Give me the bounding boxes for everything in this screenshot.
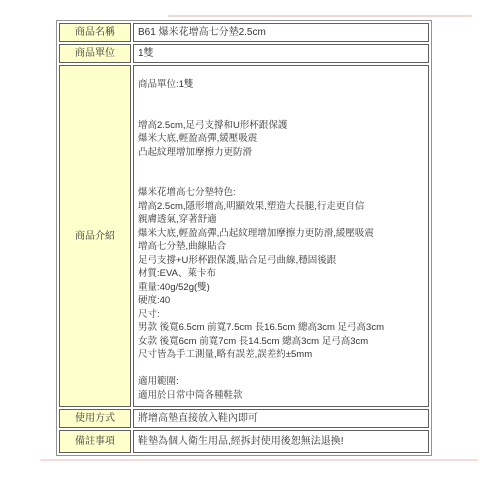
intro-text-line (138, 92, 424, 106)
intro-text-line: 足弓支撐+U形杯跟保護,貼合足弓曲線,穩固後跟 (138, 254, 424, 268)
intro-text-line (138, 173, 424, 187)
intro-text-line: 適用範圍: (138, 375, 424, 389)
intro-text-line: 爆米大底,輕盈高彈,緩壓吸震 (138, 132, 424, 146)
intro-text-line: 尺寸皆為手工測量,略有誤差,誤差約±5mm (138, 348, 424, 362)
row-label-product-intro: 商品介紹 (59, 65, 131, 407)
intro-text-line: 男款 後寬6.5cm 前寬7.5cm 長16.5cm 總高3cm 足弓高3cm (138, 321, 424, 335)
row-content-usage: 將增高墊直接放入鞋內即可 (133, 409, 429, 428)
intro-text-line: 增高七分墊,曲線貼合 (138, 240, 424, 254)
table-row-usage: 使用方式 將增高墊直接放入鞋內即可 (59, 409, 429, 428)
row-label-usage: 使用方式 (59, 409, 131, 428)
intro-text-line: 硬度:40 (138, 294, 424, 308)
intro-text-line (138, 105, 424, 119)
row-label-product-unit: 商品單位 (59, 44, 131, 63)
intro-text-line: 爆米大底,輕盈高彈,凸起紋理增加摩擦力更防滑,緩壓吸震 (138, 227, 424, 241)
table-row-product-name: 商品名稱 B61 爆米花增高七分墊2.5cm (59, 23, 429, 42)
row-content-notes: 鞋墊為個人衛生用品,經拆封使用後恕無法退換! (133, 430, 429, 453)
product-info-page: 商品名稱 B61 爆米花增高七分墊2.5cm 商品單位 1雙 商品介紹 商品單位… (0, 0, 480, 480)
table-row-product-intro: 商品介紹 商品單位:1雙 增高2.5cm,足弓支撐和U形杯跟保護爆米大底,輕盈高… (59, 65, 429, 407)
intro-text-line (138, 159, 424, 173)
row-content-product-intro: 商品單位:1雙 增高2.5cm,足弓支撐和U形杯跟保護爆米大底,輕盈高彈,緩壓吸… (133, 65, 429, 407)
intro-text-line: 商品單位:1雙 (138, 78, 424, 92)
row-content-product-unit: 1雙 (133, 44, 429, 63)
row-content-product-name: B61 爆米花增高七分墊2.5cm (133, 23, 429, 42)
intro-text-line: 尺寸: (138, 308, 424, 322)
row-label-notes: 備註事項 (59, 430, 131, 453)
product-info-table: 商品名稱 B61 爆米花增高七分墊2.5cm 商品單位 1雙 商品介紹 商品單位… (56, 20, 432, 456)
intro-text-line: 重量:40g/52g(雙) (138, 281, 424, 295)
intro-text-line (138, 362, 424, 376)
intro-text-line: 增高2.5cm,足弓支撐和U形杯跟保護 (138, 119, 424, 133)
intro-text-line: 親膚透氣,穿著舒適 (138, 213, 424, 227)
table-row-product-unit: 商品單位 1雙 (59, 44, 429, 63)
intro-text-line: 增高2.5cm,隱形增高,明顯效果,塑造大長腿,行走更自信 (138, 200, 424, 214)
bottom-artifact-line (40, 459, 478, 461)
intro-text-line: 女款 後寬6cm 前寬7cm 長14.5cm 總高3cm 足弓高3cm (138, 335, 424, 349)
row-label-product-name: 商品名稱 (59, 23, 131, 42)
intro-text-line: 材質:EVA、萊卡布 (138, 267, 424, 281)
intro-text-line: 適用於日常中筒各種鞋款 (138, 389, 424, 403)
intro-text-line: 凸起紋理增加摩擦力更防滑 (138, 146, 424, 160)
top-artifact-line (168, 15, 472, 17)
table-row-notes: 備註事項 鞋墊為個人衛生用品,經拆封使用後恕無法退換! (59, 430, 429, 453)
intro-text-line: 爆米花增高七分墊特色: (138, 186, 424, 200)
